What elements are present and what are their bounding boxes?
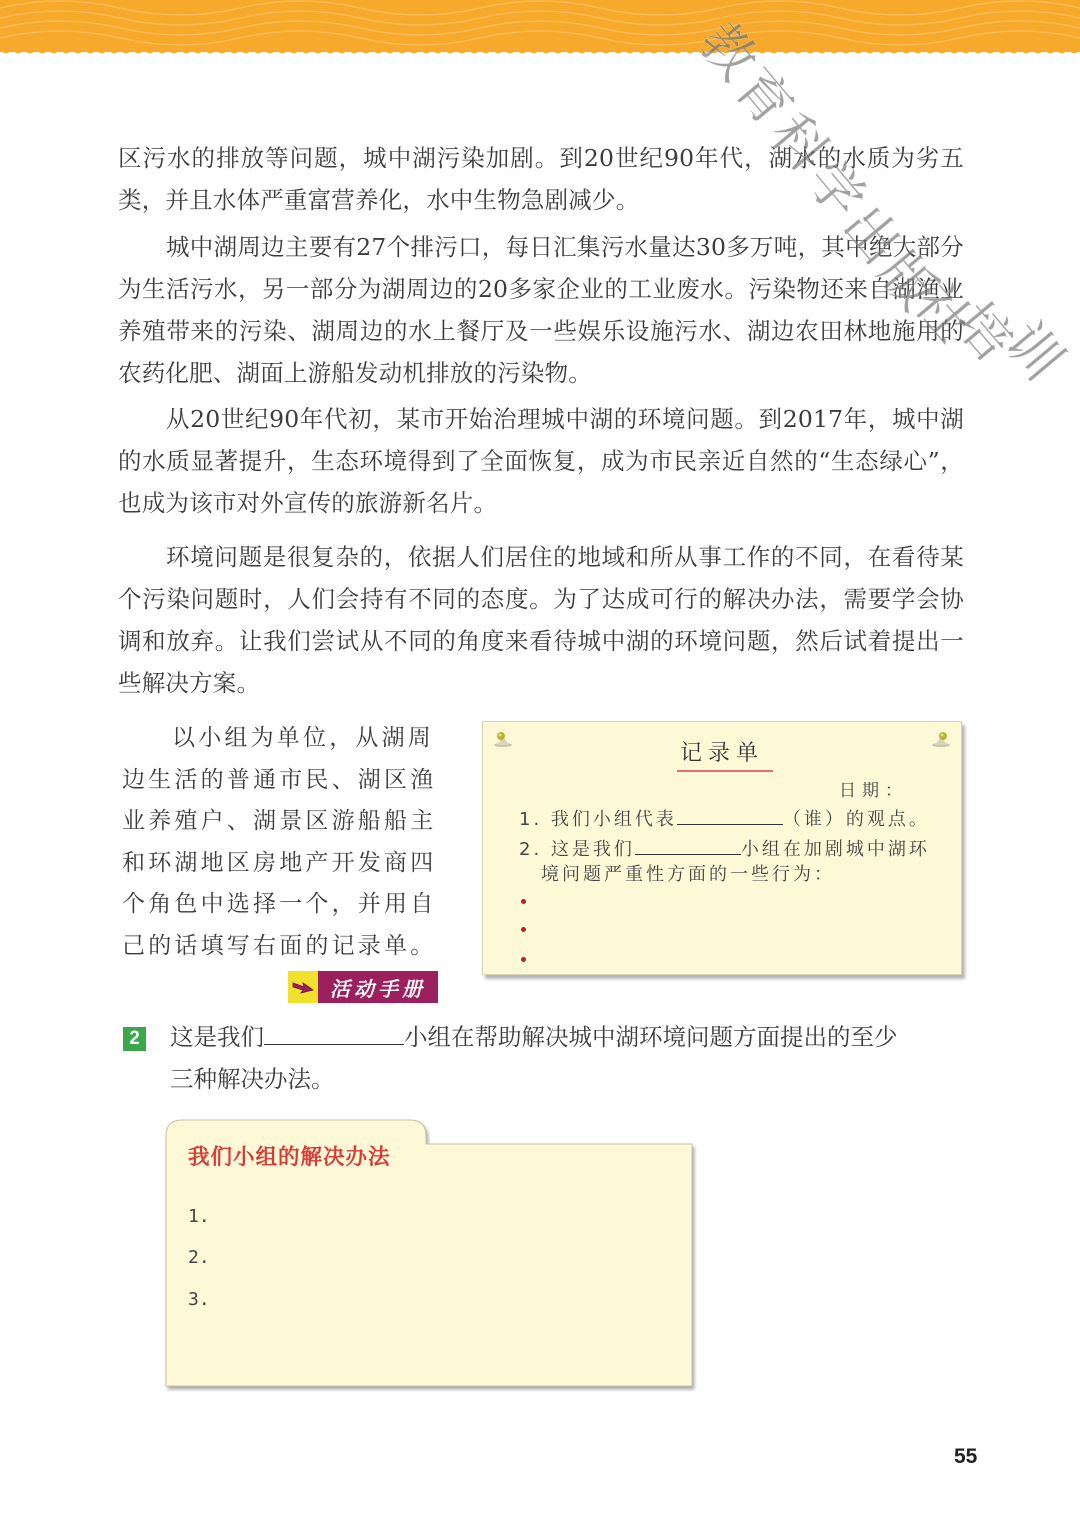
title-underline xyxy=(677,770,773,772)
watermark-char: 训 xyxy=(990,303,1080,394)
record-line-2: 2. 这是我们小组在加剧城中湖环 xyxy=(519,836,930,863)
solution-item-1[interactable]: 1. xyxy=(188,1206,210,1227)
task-2-text: 这是我们小组在帮助解决城中湖环境问题方面提出的至少 三种解决办法。 xyxy=(170,1016,970,1100)
handbook-label: 活动手册 xyxy=(318,971,438,1003)
body-paragraph-3: 从20世纪90年代初，某市开始治理城中湖的环境问题。到2017年，城中湖的水质显… xyxy=(118,398,964,524)
record-line-2-cont: 境问题严重性方面的一些行为： xyxy=(541,862,835,888)
task2-group-blank-field[interactable] xyxy=(264,1022,404,1045)
line2-suffix: 小组在加剧城中湖环 xyxy=(741,839,930,860)
task2-suffix: 小组在帮助解决城中湖环境问题方面提出的至少 xyxy=(404,1023,898,1051)
group-blank-field[interactable] xyxy=(635,836,741,855)
task2-line2: 三种解决办法。 xyxy=(170,1065,335,1093)
header-scallop-edge xyxy=(0,48,1080,58)
arrow-icon xyxy=(288,971,318,1003)
solutions-card: 我们小组的解决办法 1. 2. 3. xyxy=(164,1118,694,1390)
body-paragraph-2: 城中湖周边主要有27个排污口，每日汇集污水量达30多万吨，其中绝大部分为生活污水… xyxy=(118,226,964,394)
record-sheet-title: 记录单 xyxy=(483,736,961,767)
date-label: 日期： xyxy=(839,776,908,801)
activity-instruction: 以小组为单位，从湖周边生活的普通市民、湖区渔业养殖户、湖景区游船船主和环湖地区房… xyxy=(122,718,448,967)
bullet-item-2 xyxy=(521,927,526,932)
line1-prefix: 1. 我们小组代表 xyxy=(519,809,677,830)
wave-pattern xyxy=(0,0,1080,52)
solution-item-2[interactable]: 2. xyxy=(188,1247,210,1268)
bullet-item-1 xyxy=(521,899,526,904)
page-number: 55 xyxy=(954,1445,977,1469)
body-paragraph-1: 区污水的排放等问题，城中湖污染加剧。到20世纪90年代，湖水的水质为劣五类，并且… xyxy=(118,137,964,221)
solution-item-3[interactable]: 3. xyxy=(188,1289,210,1310)
record-sheet: 记录单 日期： 1. 我们小组代表（谁）的观点。 2. 这是我们小组在加剧城中湖… xyxy=(482,721,962,975)
line1-suffix: （谁）的观点。 xyxy=(783,809,930,830)
role-blank-field[interactable] xyxy=(677,806,783,825)
header-band xyxy=(0,0,1080,52)
bullet-item-3 xyxy=(521,957,526,962)
task2-prefix: 这是我们 xyxy=(170,1023,264,1051)
solutions-title: 我们小组的解决办法 xyxy=(188,1140,391,1171)
task-number-badge: 2 xyxy=(123,1027,146,1051)
line2-prefix: 2. 这是我们 xyxy=(519,839,635,860)
record-line-1: 1. 我们小组代表（谁）的观点。 xyxy=(519,806,930,833)
activity-handbook-tag: 活动手册 xyxy=(288,971,438,1003)
watermark-char: 育 xyxy=(720,49,814,140)
body-paragraph-4: 环境问题是很复杂的，依据人们居住的地域和所从事工作的不同，在看待某个污染问题时，… xyxy=(118,536,964,704)
